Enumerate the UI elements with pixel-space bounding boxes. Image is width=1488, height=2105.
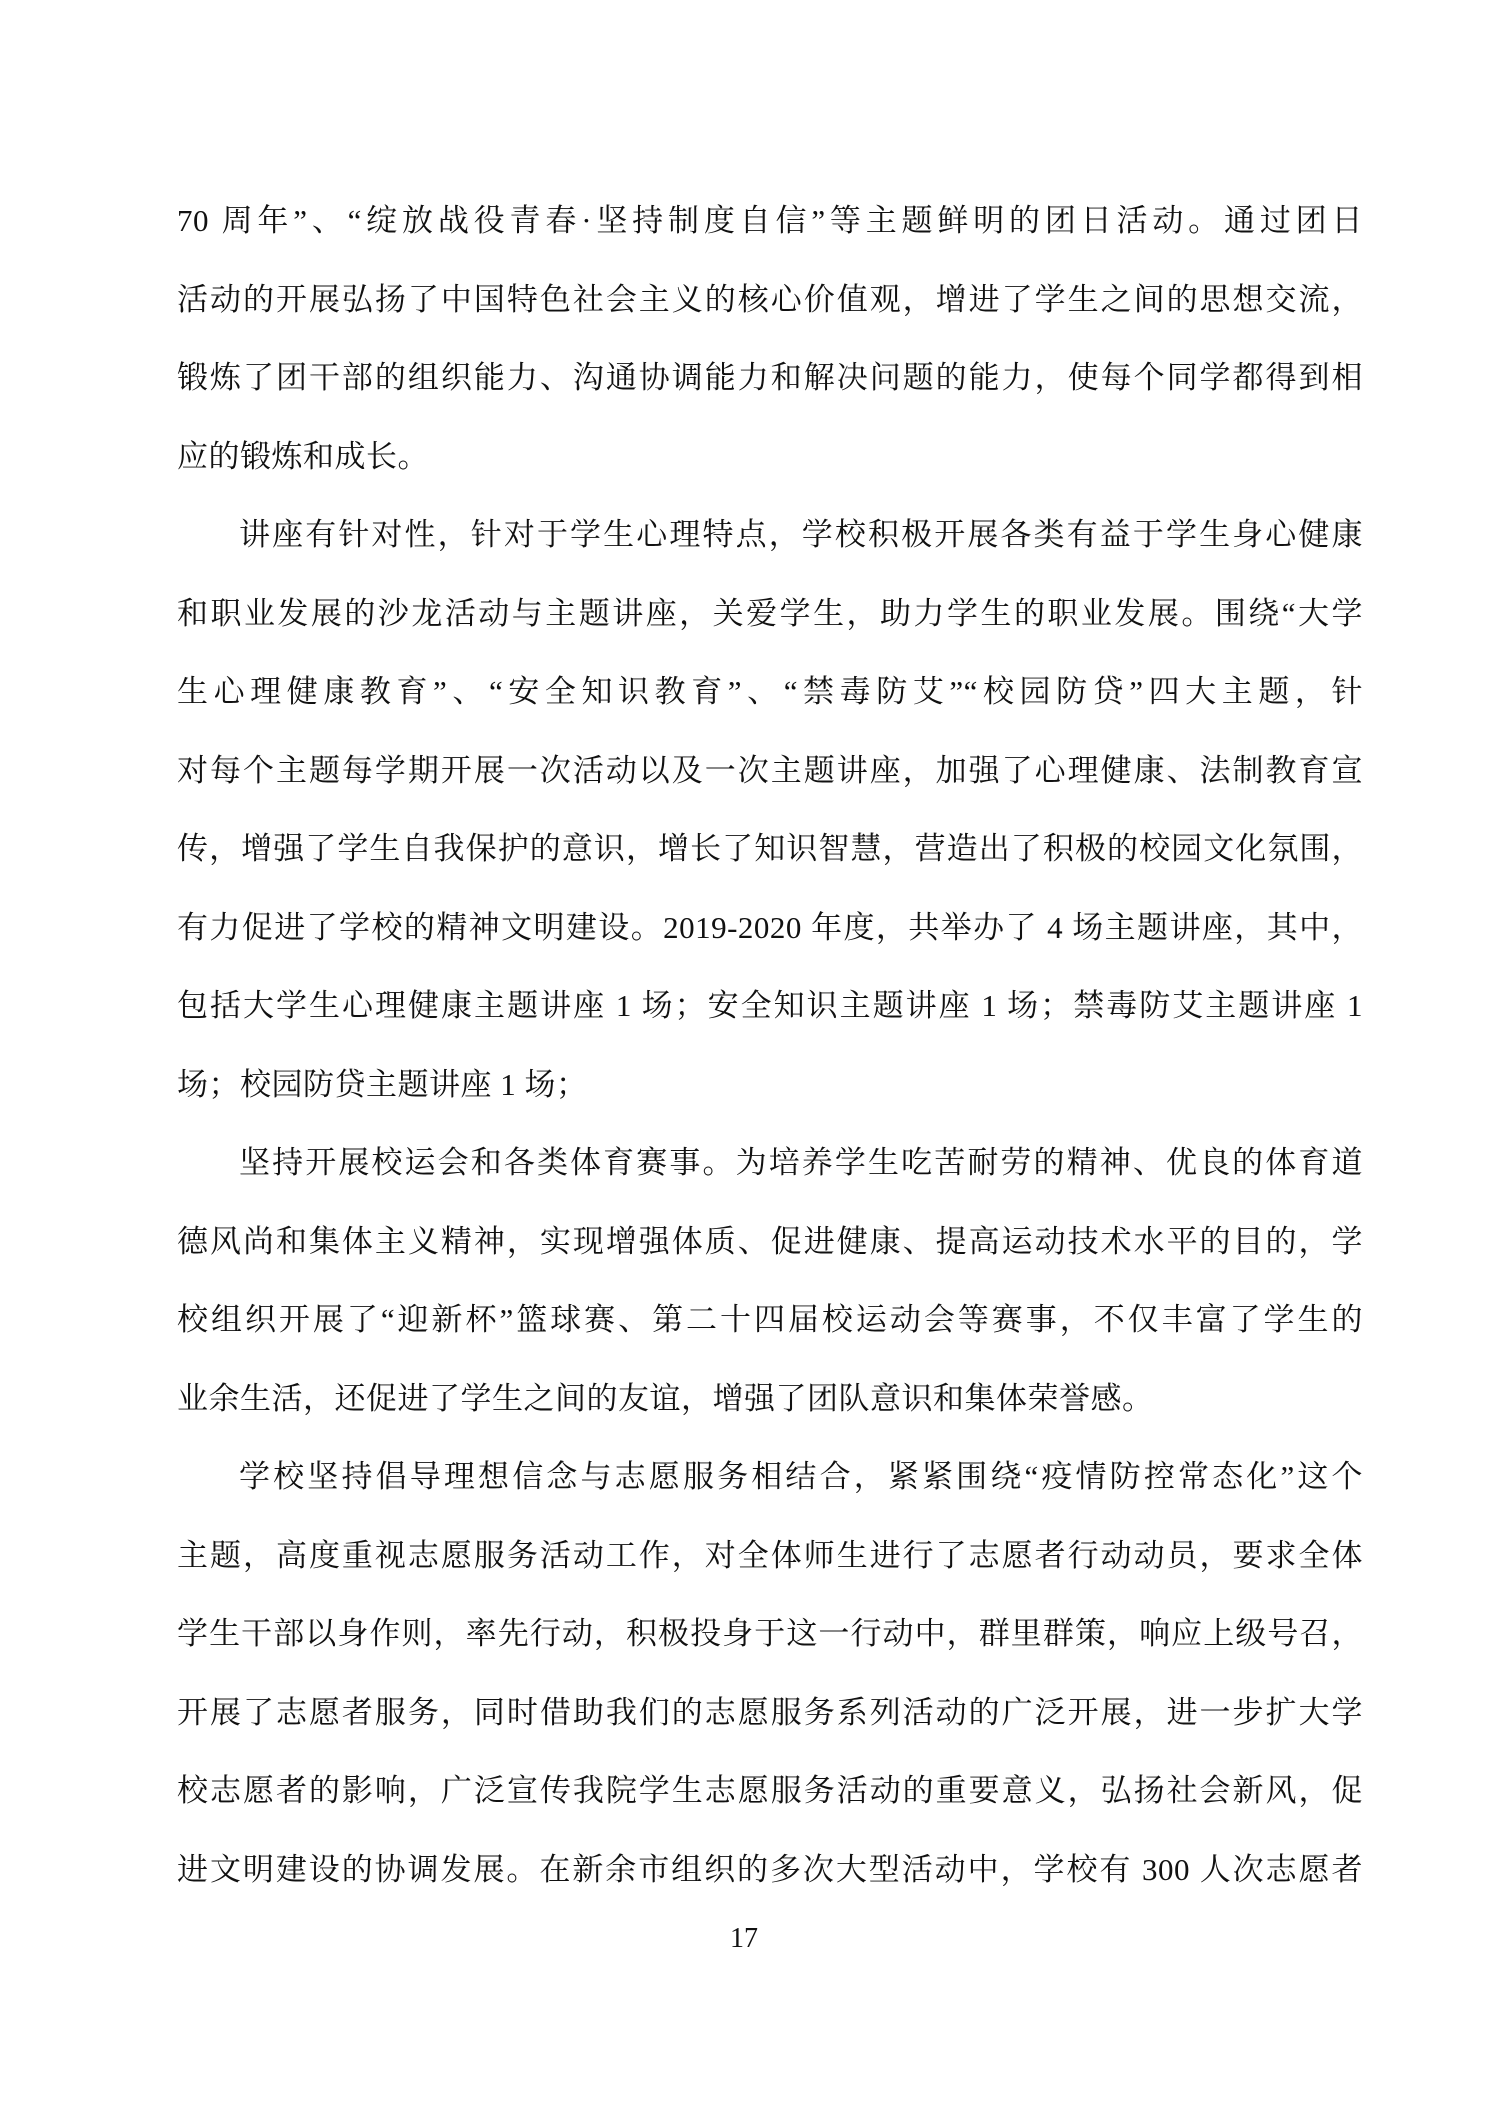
text-line: 业余生活，还促进了学生之间的友谊，增强了团队意识和集体荣誉感。 <box>177 1360 1363 1439</box>
text-line: 讲座有针对性，针对于学生心理特点，学校积极开展各类有益于学生身心健康 <box>177 496 1363 575</box>
text-line: 主题，高度重视志愿服务活动工作，对全体师生进行了志愿者行动动员，要求全体 <box>177 1517 1363 1596</box>
text-line: 包括大学生心理健康主题讲座 1 场；安全知识主题讲座 1 场；禁毒防艾主题讲座 … <box>177 967 1363 1046</box>
text-line: 锻炼了团干部的组织能力、沟通协调能力和解决问题的能力，使每个同学都得到相 <box>177 339 1363 418</box>
page-body-text: 70 周年”、“绽放战役青春·坚持制度自信”等主题鲜明的团日活动。通过团日 活动… <box>177 182 1363 1909</box>
text-line: 生心理健康教育”、“安全知识教育”、“禁毒防艾”“校园防贷”四大主题，针 <box>177 653 1363 732</box>
text-line: 学校坚持倡导理想信念与志愿服务相结合，紧紧围绕“疫情防控常态化”这个 <box>177 1438 1363 1517</box>
text-line: 和职业发展的沙龙活动与主题讲座，关爱学生，助力学生的职业发展。围绕“大学 <box>177 575 1363 654</box>
text-line: 70 周年”、“绽放战役青春·坚持制度自信”等主题鲜明的团日活动。通过团日 <box>177 182 1363 261</box>
text-line: 开展了志愿者服务，同时借助我们的志愿服务系列活动的广泛开展，进一步扩大学 <box>177 1674 1363 1753</box>
text-line: 德风尚和集体主义精神，实现增强体质、促进健康、提高运动技术水平的目的，学 <box>177 1203 1363 1282</box>
text-line: 校组织开展了“迎新杯”篮球赛、第二十四届校运动会等赛事，不仅丰富了学生的 <box>177 1281 1363 1360</box>
text-line: 坚持开展校运会和各类体育赛事。为培养学生吃苦耐劳的精神、优良的体育道 <box>177 1124 1363 1203</box>
text-line: 传，增强了学生自我保护的意识，增长了知识智慧，营造出了积极的校园文化氛围， <box>177 810 1363 889</box>
text-line: 校志愿者的影响，广泛宣传我院学生志愿服务活动的重要意义，弘扬社会新风，促 <box>177 1752 1363 1831</box>
text-line: 活动的开展弘扬了中国特色社会主义的核心价值观，增进了学生之间的思想交流， <box>177 261 1363 340</box>
text-line: 进文明建设的协调发展。在新余市组织的多次大型活动中，学校有 300 人次志愿者 <box>177 1831 1363 1910</box>
text-line: 学生干部以身作则，率先行动，积极投身于这一行动中，群里群策，响应上级号召， <box>177 1595 1363 1674</box>
text-line: 场；校园防贷主题讲座 1 场； <box>177 1046 1363 1125</box>
document-page: 70 周年”、“绽放战役青春·坚持制度自信”等主题鲜明的团日活动。通过团日 活动… <box>0 0 1488 2105</box>
text-line: 对每个主题每学期开展一次活动以及一次主题讲座，加强了心理健康、法制教育宣 <box>177 732 1363 811</box>
text-line: 有力促进了学校的精神文明建设。2019-2020 年度，共举办了 4 场主题讲座… <box>177 889 1363 968</box>
page-number: 17 <box>0 1921 1488 1957</box>
text-line: 应的锻炼和成长。 <box>177 418 1363 497</box>
